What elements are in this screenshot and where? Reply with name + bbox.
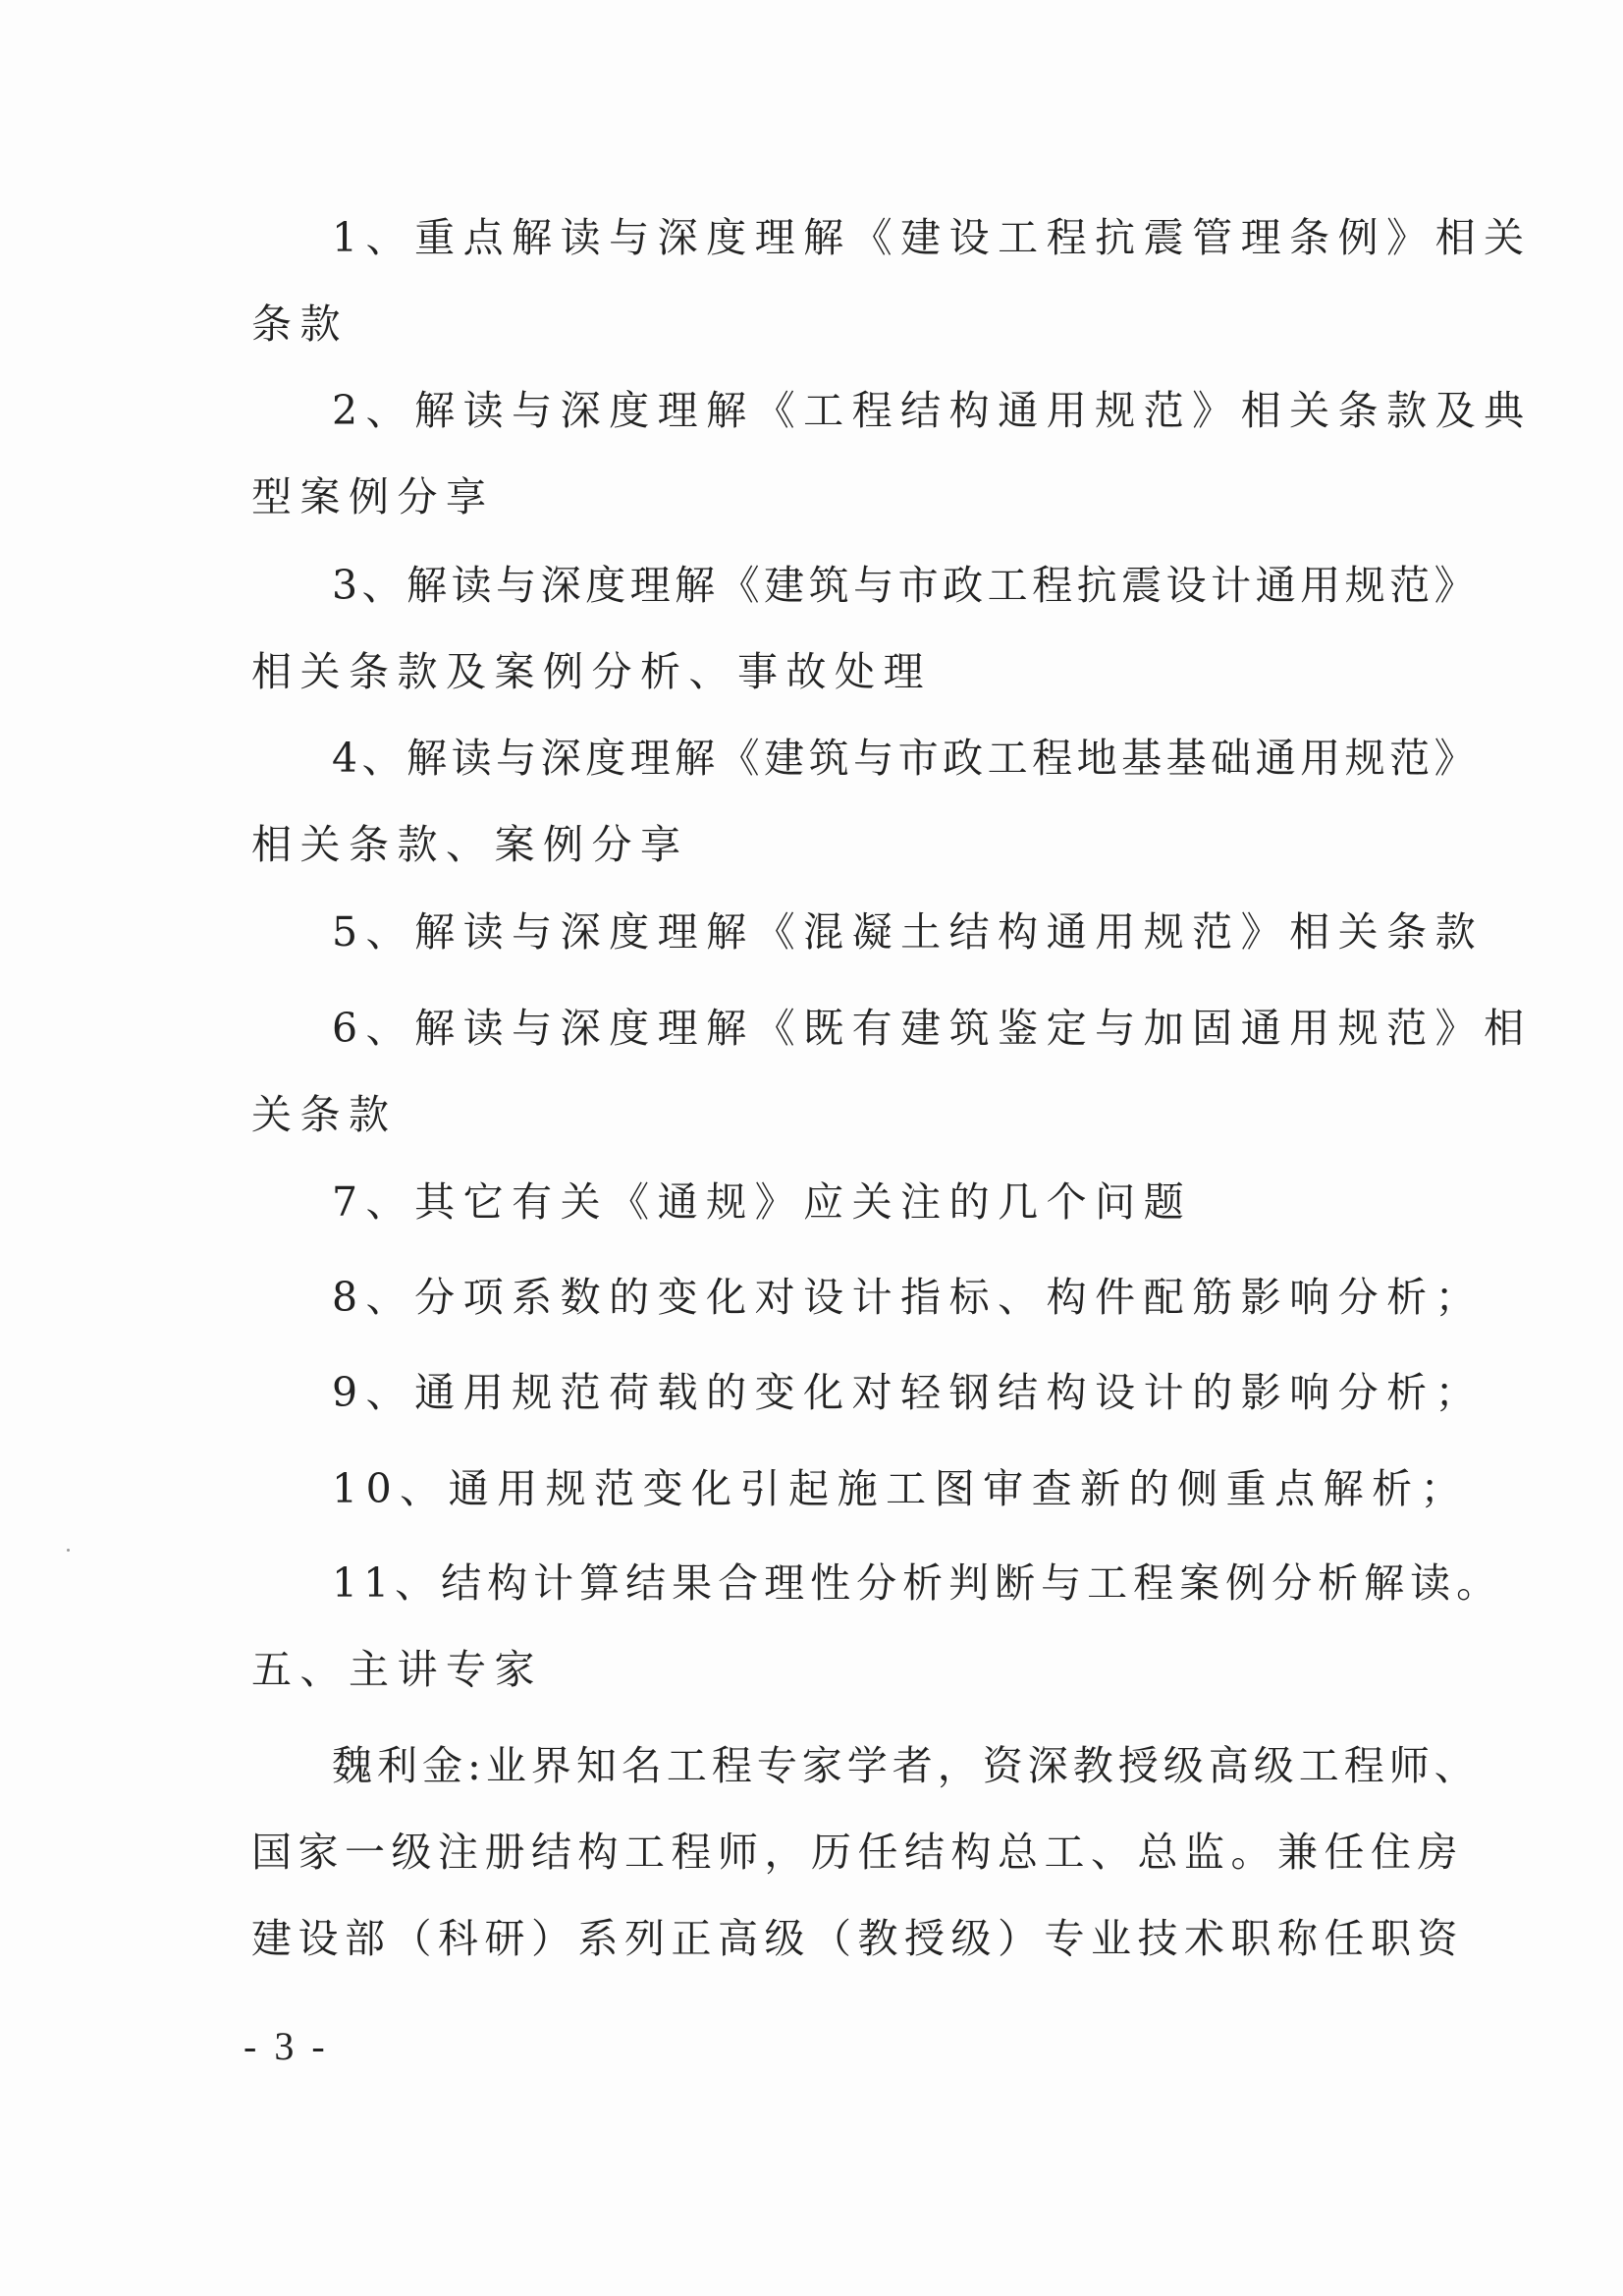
- scan-speck: [67, 1549, 70, 1552]
- list-item-7: 7、其它有关《通规》应关注的几个问题: [332, 1178, 1192, 1226]
- list-item-2-line2: 型案例分享: [251, 473, 495, 520]
- section-heading-experts: 五、主讲专家: [251, 1646, 543, 1693]
- list-item-10: 10、通用规范变化引起施工图审查新的侧重点解析；: [332, 1465, 1469, 1512]
- list-item-8: 8、分项系数的变化对设计指标、构件配筋影响分析；: [332, 1274, 1484, 1321]
- expert-paragraph-line1: 魏利金:业界知名工程专家学者，资深教授级高级工程师、: [332, 1742, 1480, 1789]
- expert-paragraph-line3: 建设部（科研）系列正高级（教授级）专业技术职称任职资: [251, 1915, 1464, 1962]
- list-item-11: 11、结构计算结果合理性分析判断与工程案例分析解读。: [332, 1559, 1502, 1607]
- list-item-5: 5、解读与深度理解《混凝土结构通用规范》相关条款: [332, 908, 1484, 956]
- list-item-3-line1: 3、解读与深度理解《建筑与市政工程抗震设计通用规范》: [332, 562, 1479, 609]
- expert-paragraph-line2: 国家一级注册结构工程师，历任结构总工、总监。兼任住房: [251, 1829, 1464, 1876]
- list-item-3-line2: 相关条款及案例分析、事故处理: [251, 648, 932, 695]
- list-item-6-line2: 关条款: [251, 1091, 398, 1138]
- list-item-4-line1: 4、解读与深度理解《建筑与市政工程地基基础通用规范》: [332, 735, 1479, 782]
- list-item-2-line1: 2、解读与深度理解《工程结构通用规范》相关条款及典: [332, 387, 1533, 434]
- list-item-4-line2: 相关条款、案例分享: [251, 821, 689, 868]
- list-item-9: 9、通用规范荷载的变化对轻钢结构设计的影响分析；: [332, 1369, 1484, 1416]
- list-item-1-line2: 条款: [251, 301, 349, 348]
- list-item-6-line1: 6、解读与深度理解《既有建筑鉴定与加固通用规范》相: [332, 1005, 1533, 1052]
- page-number: - 3 -: [243, 2023, 329, 2069]
- document-page: 1、重点解读与深度理解《建设工程抗震管理条例》相关 条款 2、解读与深度理解《工…: [0, 0, 1623, 2296]
- list-item-1-line1: 1、重点解读与深度理解《建设工程抗震管理条例》相关: [332, 214, 1533, 261]
